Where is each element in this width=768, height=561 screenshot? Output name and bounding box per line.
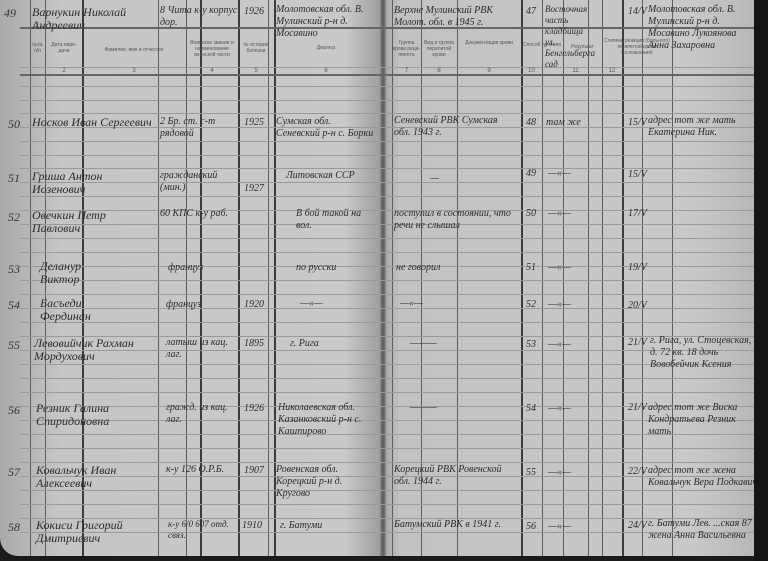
entry-date: 19/V [628,262,647,274]
entry-date: 21/V [628,337,647,349]
entry-relatives: адрес тот же мать Екатерина Ник. [648,115,748,139]
entry-date: 24/V [628,520,647,532]
col-rule [158,0,159,556]
entry-rank: француз [168,262,203,274]
row-rule [20,210,760,211]
row-rule [20,504,760,505]
entry-rank: к-у 6/0 607 отд. связ. [168,519,238,541]
row-rule [20,490,760,491]
entry-date: 17/V [628,208,647,220]
row-rule [20,378,760,379]
entry-relatives: г. Батуми Лев. ...ская 87 жена Анна Васи… [648,518,758,542]
entry-name: Ковальчук Иван Алексеевич [36,464,126,490]
header-blood-type: Вид и группа перелитой крови [421,40,457,58]
entry-number: 57 [8,465,20,480]
entry-origin: по русски [296,262,336,274]
entry-rank: 8 Чита к-у корпус дор. [160,5,240,29]
entry-rank: 60 КПС к-у раб. [160,208,240,220]
row-rule [20,364,760,365]
ledger-spread: №№ п/п Дата пере-дачи Фамилия, имя и отч… [0,0,768,556]
entry-origin: Молотовская обл. В. Мулинский р-н д. Мос… [276,4,380,40]
entry-place: —«— [400,298,423,310]
entry-grave: 56 [526,521,536,533]
column-number: 7 [392,68,421,74]
entry-relatives: г. Рига, ул. Стоцевская, д. 72 кв. 18 до… [650,335,758,371]
entry-grave: 48 [526,117,536,129]
entry-rank: гражд. из кац. лаг. [166,402,236,426]
entry-year: 1907 [244,465,264,477]
col-rule [238,0,240,556]
entry-place: ——— [410,402,437,414]
row-rule [20,224,760,225]
page-fold [380,0,386,556]
entry-place: Батумский РВК в 1941 г. [394,519,514,531]
header-documentation: Документация крови [457,40,521,46]
entry-burial: —«— [548,262,571,274]
entry-rank: латыш из кац. лаг. [166,337,236,361]
entry-year: 1925 [244,117,264,129]
entry-place: Корецкий РВК Ровенской обл. 1944 г. [394,464,514,488]
entry-year: 1895 [244,338,264,350]
entry-place: — [430,173,439,185]
entry-burial: —«— [548,467,571,479]
header-date: Дата пере-дачи [46,42,82,54]
entry-burial: —«— [548,403,571,415]
entry-grave: 49 [526,168,536,180]
entry-year: 1920 [244,299,264,311]
entry-rank: 2 Бр. ст. с-т рядовой [160,116,240,140]
header-rule [20,74,760,76]
col-rule [622,0,624,556]
entry-name: Деланур Виктор [40,260,110,286]
entry-rank: гражданский (мин.) [160,170,240,194]
row-rule [20,308,760,309]
entry-rank: к-у 126 О.Р.Б. [166,464,238,476]
entry-origin: Ровенская обл. Корецкий р-н д. Кругово [276,464,376,500]
entry-origin: Сумская обл. Сеневский р-н с. Борки [276,116,376,140]
row-rule [20,168,760,169]
header-blood-group: Группа крови реци-пиента [392,40,421,58]
col-rule [542,0,543,556]
entry-place: ——— [410,338,437,350]
entry-grave: 54 [526,403,536,415]
entry-place: поступил в состоянии, что речи не слышал [394,208,514,232]
entry-relatives: адрес тот же жена Ковальчук Вера Подкави… [648,465,758,489]
entry-date: 15/V [628,117,647,129]
row-rule [20,86,760,87]
entry-year: 1926 [244,6,264,18]
entry-relatives: адрес тот же Виска Кондратьева Резник ма… [648,402,758,438]
column-number: 12 [602,68,622,74]
entry-number: 55 [8,338,20,353]
entry-origin: В бой такой на вол. [296,208,366,232]
row-rule [20,113,760,114]
entry-name: Басъеди Фердинан [40,297,110,323]
entry-name: Левовийчик Рахман Мордухович [34,337,154,363]
row-rule [20,100,760,101]
header-number: №№ п/п [30,42,45,54]
entry-number: 50 [8,117,20,132]
entry-origin: г. Батуми [280,520,322,532]
entry-grave: 55 [526,467,536,479]
entry-burial: Восточная часть кладбища ул. Бенгельберг… [545,4,583,70]
entry-burial: —«— [548,521,571,533]
entry-grave: 53 [526,339,536,351]
entry-number: 53 [8,262,20,277]
entry-year: 1910 [242,520,262,532]
entry-name: Резник Галина Спиридоновна [36,402,156,428]
row-rule [20,266,760,267]
row-rule [20,238,760,239]
column-number: 8 [421,68,457,74]
header-diagnosis: Диагноз [276,45,376,51]
scan-border [754,0,768,561]
row-rule [20,141,760,142]
row-rule [20,322,760,323]
column-number: 4 [186,68,238,74]
entry-date: 22/V [628,466,647,478]
entry-number: 58 [8,520,20,535]
col-rule [392,0,393,556]
row-rule [20,462,760,463]
entry-burial: —«— [548,208,571,220]
entry-origin: —«— [300,298,323,310]
col-rule [588,0,589,556]
col-rule [602,0,603,556]
entry-year: 1926 [244,403,264,415]
row-rule [20,448,760,449]
row-rule [20,280,760,281]
entry-grave: 47 [526,6,536,18]
row-rule [20,155,760,156]
entry-origin: г. Рига [290,338,319,350]
entry-place: не говорил [396,262,440,274]
col-rule [30,0,31,556]
header-unit: Воинское звание и наименование воинской … [186,40,238,58]
column-number: 6 [276,68,376,74]
entry-grave: 51 [526,262,536,274]
col-rule [268,0,269,556]
entry-year: 1927 [244,183,264,195]
entry-burial: —«— [548,339,571,351]
column-number: 9 [457,68,521,74]
entry-origin: Николаевская обл. Казанковский р-н с. Ка… [278,402,368,438]
row-rule [20,196,760,197]
row-rule [20,294,760,295]
entry-number: 49 [4,6,16,21]
entry-name: Носков Иван Сергеевич [32,116,152,129]
entry-date: 20/V [628,300,647,312]
entry-name: Кокиси Григорий Дмитриевич [36,519,160,545]
row-rule [20,392,760,393]
column-number: 10 [521,68,542,74]
header-name: Фамилия, имя и отчество [84,47,184,53]
entry-grave: 52 [526,299,536,311]
entry-burial: —«— [548,168,571,180]
entry-rank: француз [166,299,201,311]
entry-date: 15/V [628,169,647,181]
row-rule [20,252,760,253]
entry-name: Овечкин Петр Павлович [32,209,122,235]
entry-number: 52 [8,210,20,225]
col-rule [521,0,523,556]
entry-burial: —«— [548,299,571,311]
entry-number: 54 [8,298,20,313]
entry-date: 14/V [628,6,647,18]
column-number: 2 [46,68,82,74]
entry-burial: там же [546,117,586,129]
entry-date: 21/V [628,402,647,414]
entry-relatives: Молотовская обл. В. Мулинский р-н д. Мос… [648,4,758,52]
entry-number: 56 [8,403,20,418]
entry-place: Верхне Мулинский РВК Молот. обл. в 1945 … [394,5,519,29]
column-number: 5 [238,68,274,74]
entry-name: Гриша Антон Иозенович [32,170,152,196]
entry-grave: 50 [526,208,536,220]
entry-origin: Литовская ССР [286,170,366,182]
entry-number: 51 [8,171,20,186]
entry-place: Сеневский РВК Сумская обл. 1943 г. [394,115,514,139]
header-history: № истории болезни [238,42,274,54]
column-number: 3 [84,68,184,74]
